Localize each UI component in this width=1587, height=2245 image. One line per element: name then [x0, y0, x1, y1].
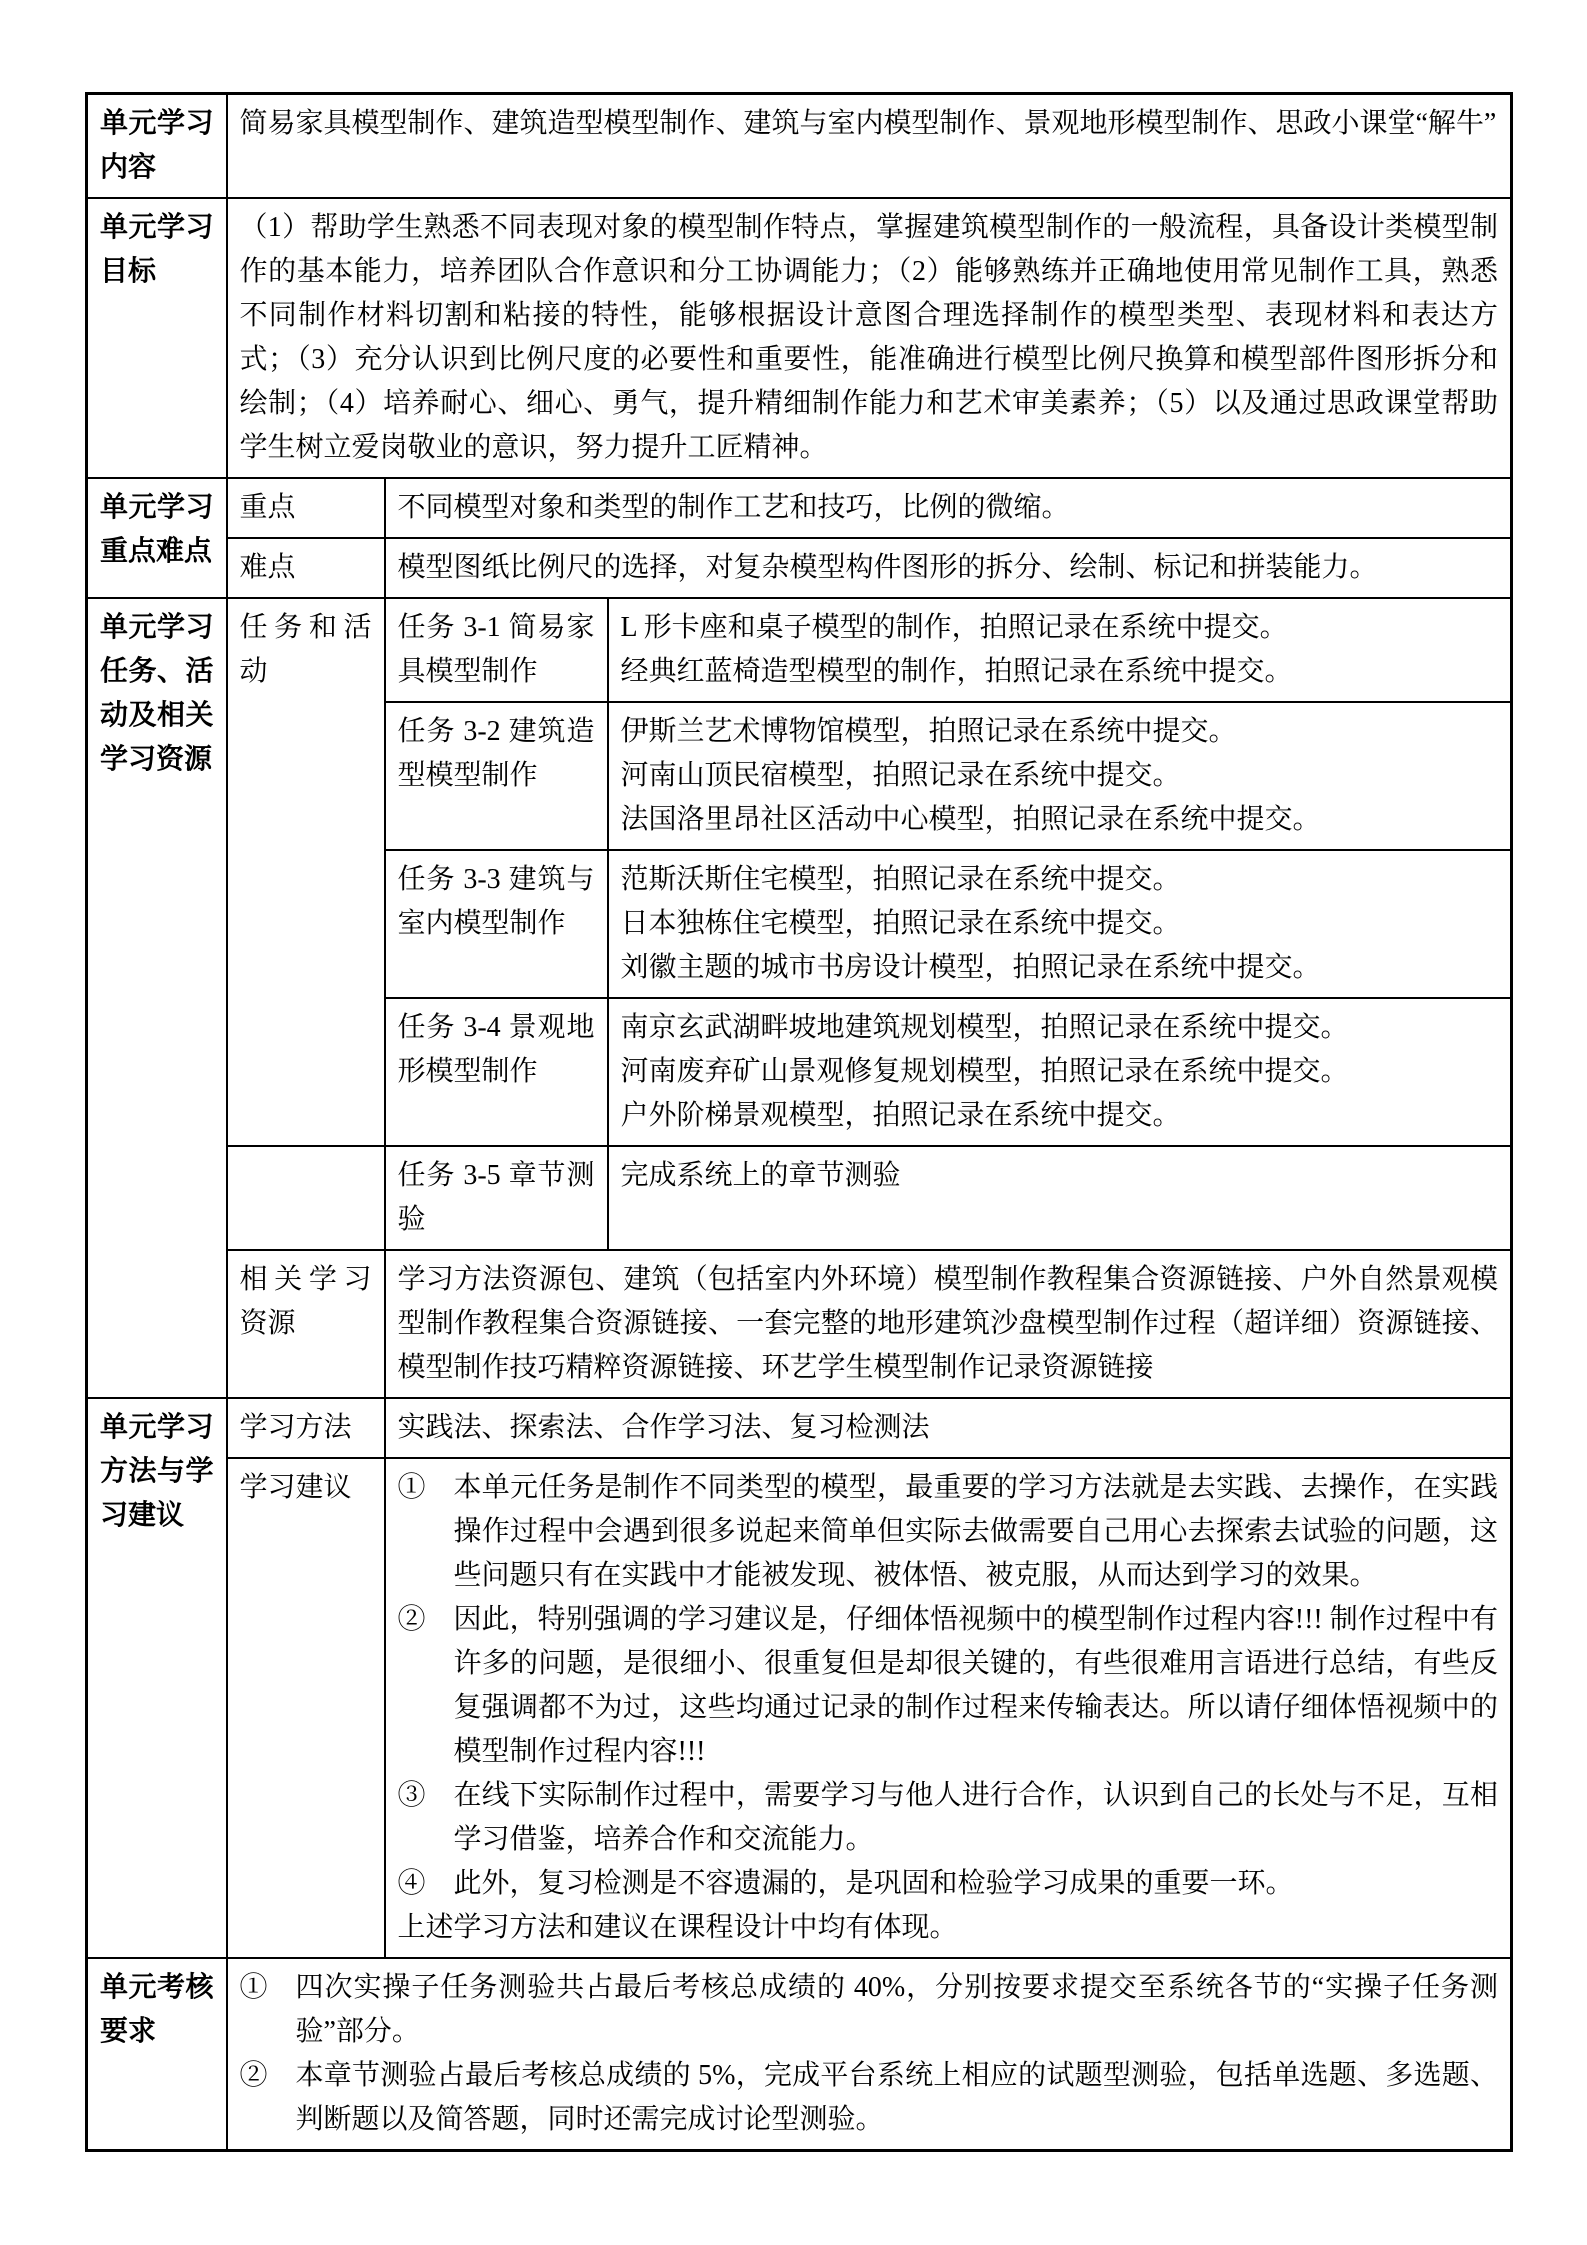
- task-item: 河南山顶民宿模型，拍照记录在系统中提交。: [621, 754, 1499, 798]
- assessment-item-text: 本章节测验占最后考核总成绩的 5%，完成平台系统上相应的试题型测验，包括单选题、…: [296, 2054, 1499, 2142]
- tasks-section-label: 单元学习任务、活动及相关学习资源: [87, 598, 227, 1398]
- keypoint-sublabel: 重点: [227, 478, 385, 538]
- task-name-cell: 任务 3-5 章节测验: [385, 1146, 608, 1250]
- advice-footer: 上述学习方法和建议在课程设计中均有体现。: [398, 1906, 1499, 1950]
- row-task-3-1: 单元学习任务、活动及相关学习资源 任务和活动 任务 3-1 简易家具模型制作 L…: [87, 598, 1512, 702]
- unit-design-table: 单元学习内容 简易家具模型制作、建筑造型模型制作、建筑与室内模型制作、景观地形模…: [85, 92, 1513, 2152]
- row-assessment: 单元考核要求 ① 四次实操子任务测验共占最后考核总成绩的 40%，分别按要求提交…: [87, 1958, 1512, 2151]
- circled-number: ①: [398, 1466, 454, 1510]
- task-items-cell: 伊斯兰艺术博物馆模型，拍照记录在系统中提交。 河南山顶民宿模型，拍照记录在系统中…: [608, 702, 1512, 850]
- task-item: 范斯沃斯住宅模型，拍照记录在系统中提交。: [621, 858, 1499, 902]
- task-item: L 形卡座和桌子模型的制作，拍照记录在系统中提交。: [621, 606, 1499, 650]
- task-item: 南京玄武湖畔坡地建筑规划模型，拍照记录在系统中提交。: [621, 1006, 1499, 1050]
- advice-item-text: 本单元任务是制作不同类型的模型，最重要的学习方法就是去实践、去操作，在实践操作过…: [454, 1466, 1499, 1598]
- advice-item-text: 此外，复习检测是不容遗漏的，是巩固和检验学习成果的重要一环。: [454, 1862, 1499, 1906]
- circled-number: ②: [398, 1598, 454, 1642]
- resources-text: 学习方法资源包、建筑（包括室内外环境）模型制作教程集合资源链接、户外自然景观模型…: [385, 1250, 1512, 1398]
- task-item: 经典红蓝椅造型模型的制作，拍照记录在系统中提交。: [621, 650, 1499, 694]
- task-name-cell: 任务 3-1 简易家具模型制作: [385, 598, 608, 702]
- assessment-item: ① 四次实操子任务测验共占最后考核总成绩的 40%，分别按要求提交至系统各节的“…: [240, 1966, 1499, 2054]
- unit-content-label: 单元学习内容: [87, 94, 227, 199]
- keypoints-label: 单元学习重点难点: [87, 478, 227, 598]
- assessment-label: 单元考核要求: [87, 1958, 227, 2151]
- task-items-cell: 南京玄武湖畔坡地建筑规划模型，拍照记录在系统中提交。 河南废弃矿山景观修复规划模…: [608, 998, 1512, 1146]
- task-name-cell: 任务 3-2 建筑造型模型制作: [385, 702, 608, 850]
- task-items-cell: L 形卡座和桌子模型的制作，拍照记录在系统中提交。 经典红蓝椅造型模型的制作，拍…: [608, 598, 1512, 702]
- task-items-cell: 范斯沃斯住宅模型，拍照记录在系统中提交。 日本独栋住宅模型，拍照记录在系统中提交…: [608, 850, 1512, 998]
- advice-item-text: 因此，特别强调的学习建议是，仔细体悟视频中的模型制作过程内容!!! 制作过程中有…: [454, 1598, 1499, 1774]
- difficulty-sublabel: 难点: [227, 538, 385, 598]
- advice-item-text: 在线下实际制作过程中，需要学习与他人进行合作，认识到自己的长处与不足，互相学习借…: [454, 1774, 1499, 1862]
- task-item: 完成系统上的章节测验: [621, 1154, 1499, 1198]
- task-item: 户外阶梯景观模型，拍照记录在系统中提交。: [621, 1094, 1499, 1138]
- task-item: 刘徽主题的城市书房设计模型，拍照记录在系统中提交。: [621, 946, 1499, 990]
- task-items-cell: 完成系统上的章节测验: [608, 1146, 1512, 1250]
- task-item: 法国洛里昂社区活动中心模型，拍照记录在系统中提交。: [621, 798, 1499, 842]
- method-sublabel: 学习方法: [227, 1398, 385, 1458]
- circled-number: ③: [398, 1774, 454, 1818]
- row-difficulty: 难点 模型图纸比例尺的选择，对复杂模型构件图形的拆分、绘制、标记和拼装能力。: [87, 538, 1512, 598]
- advice-sublabel: 学习建议: [227, 1458, 385, 1958]
- tasks-group-label: 任务和活动: [227, 598, 385, 1146]
- row-keypoint: 单元学习重点难点 重点 不同模型对象和类型的制作工艺和技巧，比例的微缩。: [87, 478, 1512, 538]
- unit-content-text: 简易家具模型制作、建筑造型模型制作、建筑与室内模型制作、景观地形模型制作、思政小…: [227, 94, 1512, 199]
- assessment-cell: ① 四次实操子任务测验共占最后考核总成绩的 40%，分别按要求提交至系统各节的“…: [227, 1958, 1512, 2151]
- methods-section-label: 单元学习方法与学习建议: [87, 1398, 227, 1958]
- row-task-3-5: 任务 3-5 章节测验 完成系统上的章节测验: [87, 1146, 1512, 1250]
- circled-number: ④: [398, 1862, 454, 1906]
- task-item: 日本独栋住宅模型，拍照记录在系统中提交。: [621, 902, 1499, 946]
- resources-label: 相关学习资源: [227, 1250, 385, 1398]
- row-resources: 相关学习资源 学习方法资源包、建筑（包括室内外环境）模型制作教程集合资源链接、户…: [87, 1250, 1512, 1398]
- task-item: 河南废弃矿山景观修复规划模型，拍照记录在系统中提交。: [621, 1050, 1499, 1094]
- row-method: 单元学习方法与学习建议 学习方法 实践法、探索法、合作学习法、复习检测法: [87, 1398, 1512, 1458]
- advice-item: ② 因此，特别强调的学习建议是，仔细体悟视频中的模型制作过程内容!!! 制作过程…: [398, 1598, 1499, 1774]
- task-name-cell: 任务 3-3 建筑与室内模型制作: [385, 850, 608, 998]
- difficulty-text: 模型图纸比例尺的选择，对复杂模型构件图形的拆分、绘制、标记和拼装能力。: [385, 538, 1512, 598]
- task-item: 伊斯兰艺术博物馆模型，拍照记录在系统中提交。: [621, 710, 1499, 754]
- assessment-item: ② 本章节测验占最后考核总成绩的 5%，完成平台系统上相应的试题型测验，包括单选…: [240, 2054, 1499, 2142]
- tasks-group-empty-cell: [227, 1146, 385, 1250]
- assessment-item-text: 四次实操子任务测验共占最后考核总成绩的 40%，分别按要求提交至系统各节的“实操…: [296, 1966, 1499, 2054]
- method-text: 实践法、探索法、合作学习法、复习检测法: [385, 1398, 1512, 1458]
- circled-number: ②: [240, 2054, 296, 2098]
- unit-goal-text: （1）帮助学生熟悉不同表现对象的模型制作特点，掌握建筑模型制作的一般流程，具备设…: [227, 198, 1512, 478]
- row-unit-goal: 单元学习目标 （1）帮助学生熟悉不同表现对象的模型制作特点，掌握建筑模型制作的一…: [87, 198, 1512, 478]
- circled-number: ①: [240, 1966, 296, 2010]
- advice-cell: ① 本单元任务是制作不同类型的模型，最重要的学习方法就是去实践、去操作，在实践操…: [385, 1458, 1512, 1958]
- unit-goal-label: 单元学习目标: [87, 198, 227, 478]
- row-advice: 学习建议 ① 本单元任务是制作不同类型的模型，最重要的学习方法就是去实践、去操作…: [87, 1458, 1512, 1958]
- keypoint-text: 不同模型对象和类型的制作工艺和技巧，比例的微缩。: [385, 478, 1512, 538]
- advice-item: ④ 此外，复习检测是不容遗漏的，是巩固和检验学习成果的重要一环。: [398, 1862, 1499, 1906]
- document-page: 单元学习内容 简易家具模型制作、建筑造型模型制作、建筑与室内模型制作、景观地形模…: [0, 0, 1587, 2245]
- advice-item: ③ 在线下实际制作过程中，需要学习与他人进行合作，认识到自己的长处与不足，互相学…: [398, 1774, 1499, 1862]
- advice-item: ① 本单元任务是制作不同类型的模型，最重要的学习方法就是去实践、去操作，在实践操…: [398, 1466, 1499, 1598]
- task-name-cell: 任务 3-4 景观地形模型制作: [385, 998, 608, 1146]
- row-unit-content: 单元学习内容 简易家具模型制作、建筑造型模型制作、建筑与室内模型制作、景观地形模…: [87, 94, 1512, 199]
